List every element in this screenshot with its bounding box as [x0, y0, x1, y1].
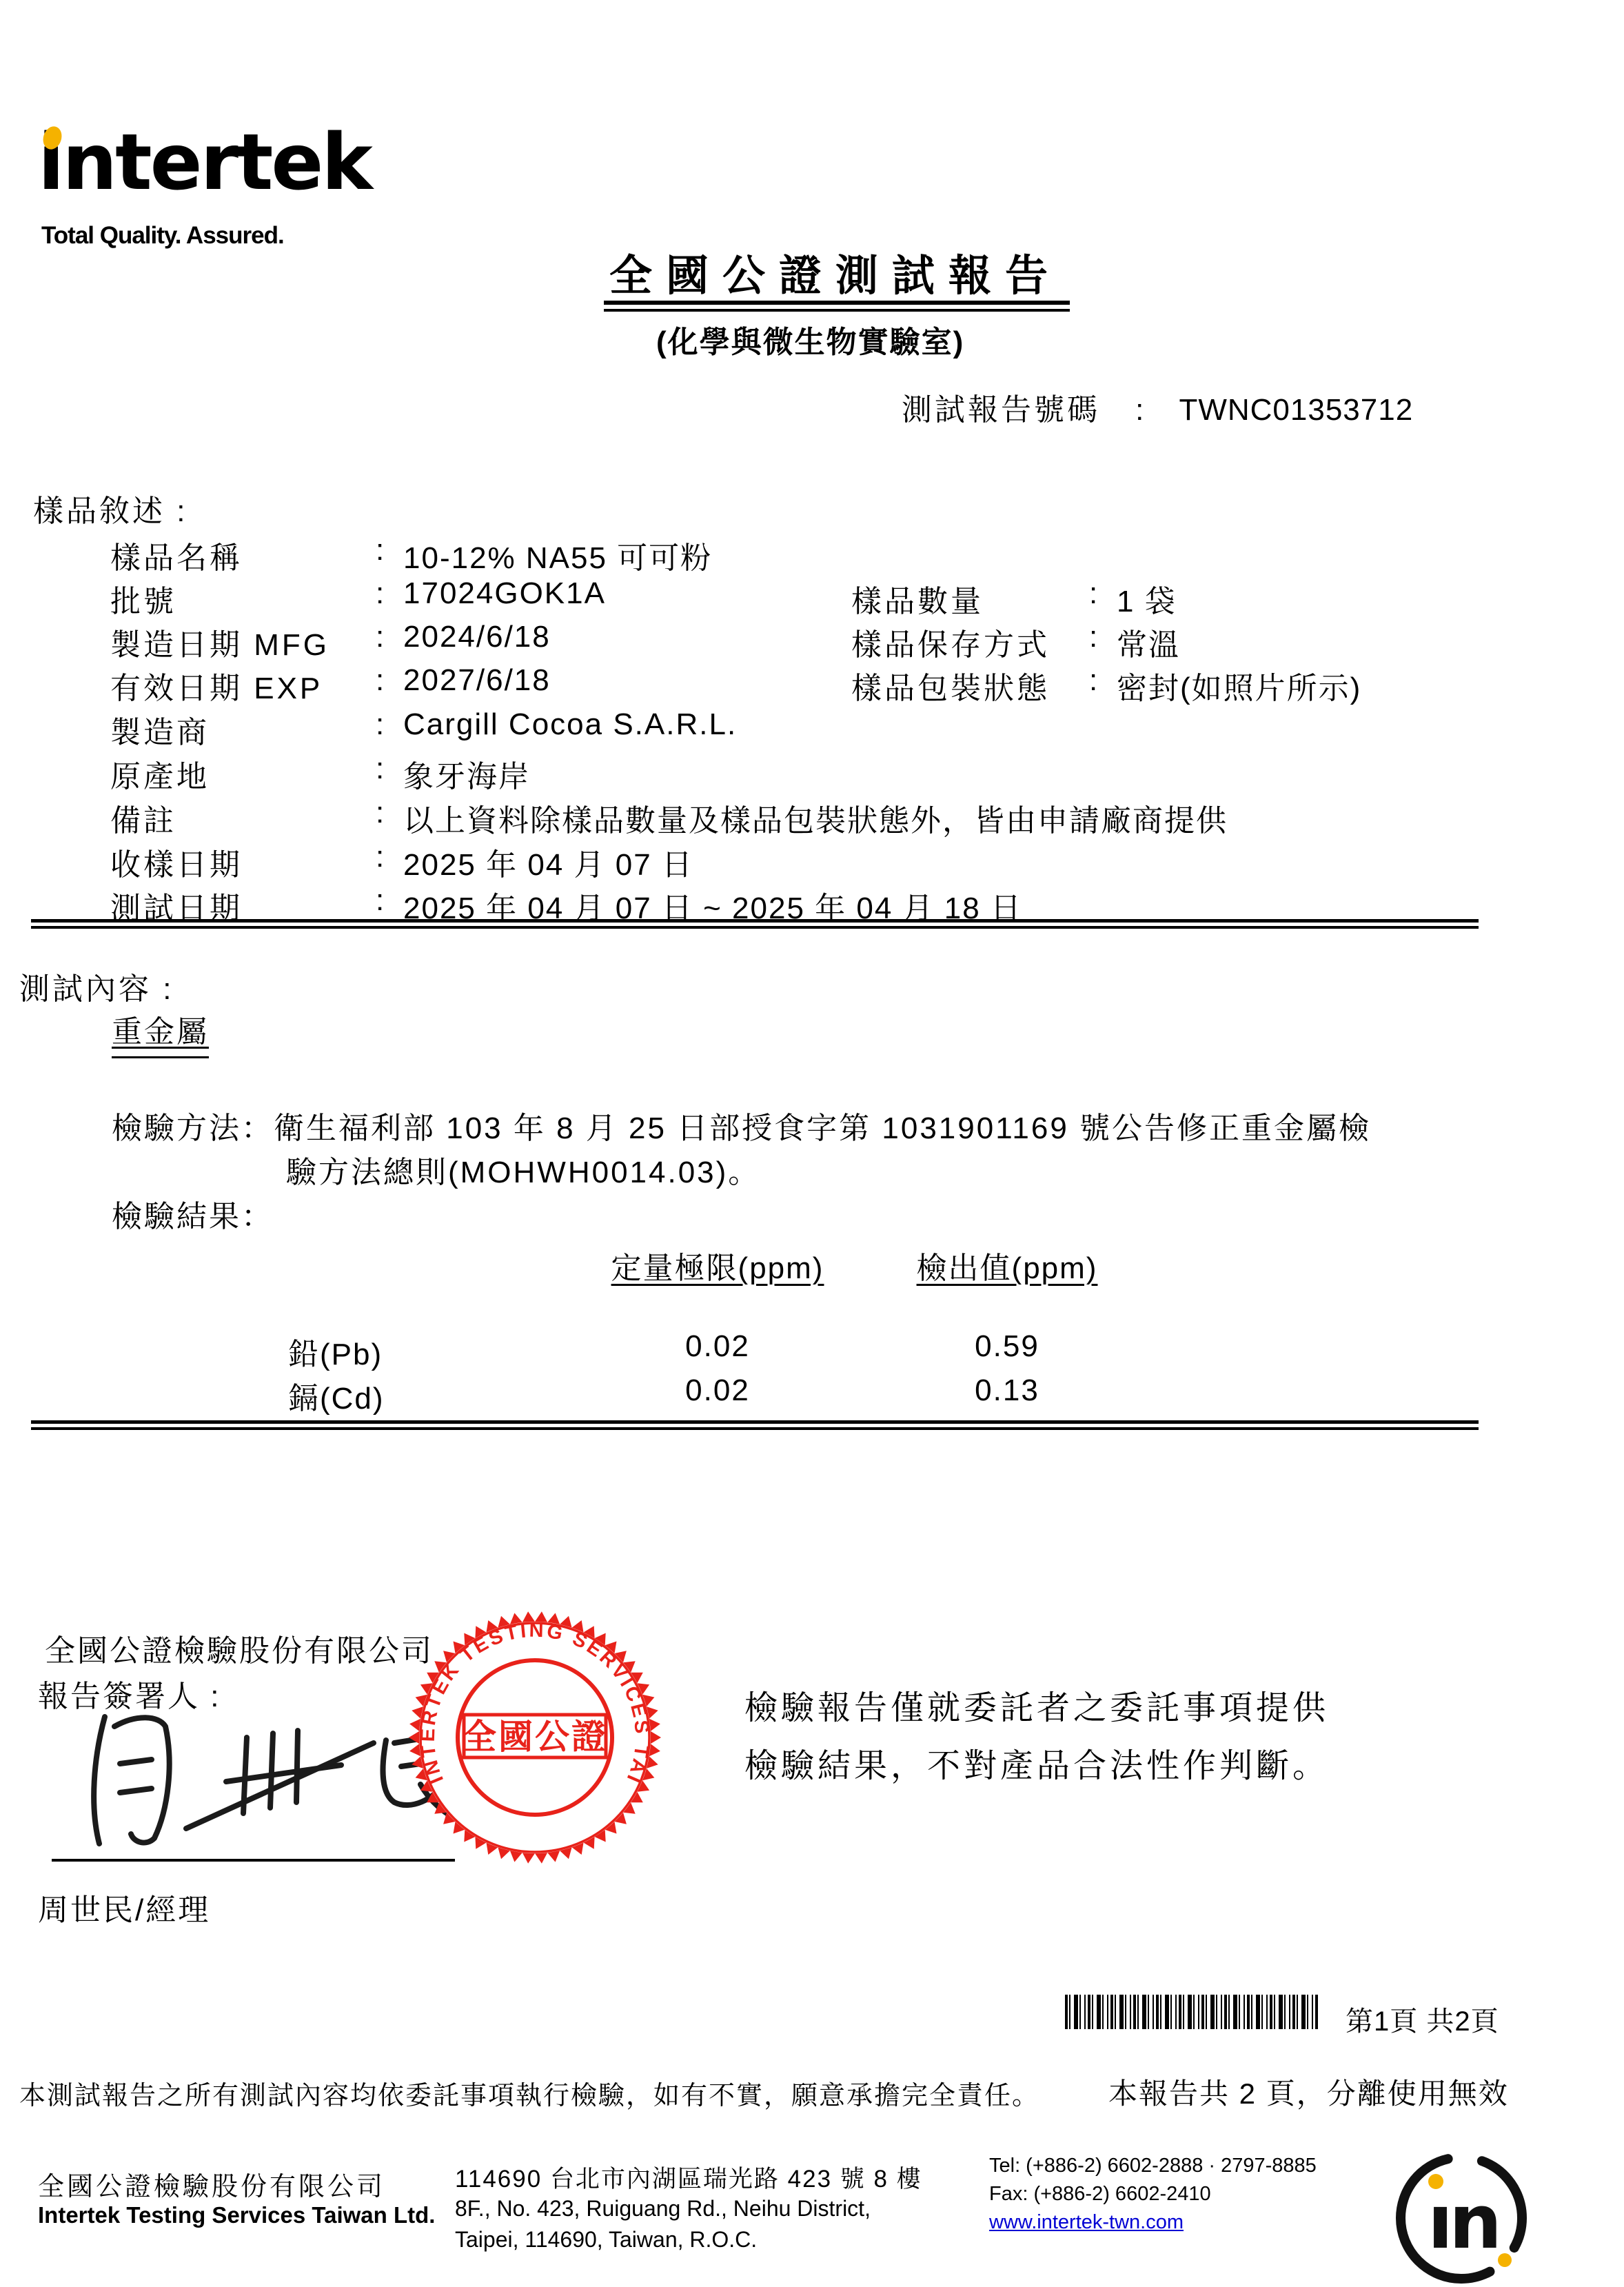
- stamp-center-text: 全國公證: [462, 1717, 608, 1756]
- field-value: 常溫: [1117, 620, 1180, 664]
- statement-left: 本測試報告之所有測試內容均依委託事項執行檢驗，如有不實，願意承擔完全責任。: [19, 2074, 1039, 2112]
- field-colon: :: [376, 707, 403, 752]
- footer-company-en: Intertek Testing Services Taiwan Ltd.: [38, 2202, 435, 2228]
- field-value: 2025 年 04 月 07 日: [403, 840, 693, 884]
- footer-address-en2: Taipei, 114690, Taiwan, R.O.C.: [455, 2227, 757, 2253]
- sample-section-title: 樣品敘述 :: [33, 486, 187, 530]
- field-colon: :: [376, 840, 403, 884]
- field-colon: :: [376, 576, 403, 621]
- field-label: 樣品數量: [851, 576, 1089, 621]
- method-text1: 衛生福利部 103 年 8 月 25 日部授食字第 1031901169 號公告…: [274, 1111, 1371, 1145]
- field-colon: :: [376, 620, 403, 664]
- table-header-detected: 檢出值(ppm): [904, 1243, 1110, 1287]
- sample-row-received-date: 收樣日期 : 2025 年 04 月 07 日: [110, 840, 693, 884]
- stamp-disclaimer-line1: 檢驗報告僅就委託者之委託事項提供: [744, 1681, 1329, 1729]
- field-colon: :: [376, 663, 403, 707]
- field-colon: :: [376, 533, 403, 577]
- page-subtitle: (化學與微生物實驗室): [656, 317, 964, 361]
- sample-row-mfg-date: 製造日期 MFG : 2024/6/18: [110, 620, 551, 664]
- footer-website-link[interactable]: www.intertek-twn.com: [989, 2211, 1184, 2234]
- svg-text:ın: ın: [1428, 2179, 1498, 2266]
- sample-row-quantity: 樣品數量 : 1 袋: [851, 576, 1177, 621]
- field-colon: :: [376, 752, 403, 796]
- table-header-loq: 定量極限(ppm): [600, 1243, 835, 1287]
- field-value: 象牙海岸: [403, 752, 530, 796]
- company-stamp: INTERTEK TESTING SERVICES TAIWAN LTD. 全國…: [407, 1610, 662, 1865]
- statement-right: 本報告共 2 頁，分離使用無效: [1108, 2071, 1509, 2113]
- footer-company-zh: 全國公證檢驗股份有限公司: [38, 2165, 385, 2203]
- report-number-value: TWNC01353712: [1179, 393, 1413, 427]
- section-divider-top: [31, 919, 1479, 929]
- result-label: 檢驗結果：: [112, 1191, 274, 1236]
- report-number-label: 測試報告號碼: [902, 393, 1100, 427]
- field-label: 製造日期 MFG: [110, 620, 376, 664]
- field-label: 樣品名稱: [110, 533, 376, 577]
- sample-row-origin: 原產地 : 象牙海岸: [110, 752, 530, 796]
- sample-row-batch: 批號 : 17024GOK1A: [110, 576, 606, 621]
- footer-address-en1: 8F., No. 423, Ruiguang Rd., Neihu Distri…: [455, 2196, 871, 2221]
- report-number-row: 測試報告號碼 : TWNC01353712: [902, 385, 1413, 429]
- page-title: 全國公證測試報告: [609, 241, 1062, 303]
- field-label: 備註: [110, 796, 376, 840]
- stamp-disclaimer-line2: 檢驗結果，不對產品合法性作判斷。: [744, 1739, 1329, 1786]
- method-line2: 驗方法總則(MOHWH0014.03)。: [286, 1147, 760, 1191]
- method-label: 檢驗方法：: [112, 1111, 274, 1145]
- table-row-detected: 0.13: [904, 1373, 1110, 1408]
- intertek-logo: intertek: [38, 124, 371, 201]
- issuing-company: 全國公證檢驗股份有限公司: [45, 1626, 434, 1670]
- sample-row-name: 樣品名稱 : 10-12% NA55 可可粉: [110, 533, 712, 577]
- field-colon: :: [376, 796, 403, 840]
- intertek-wordmark: intertek: [38, 124, 371, 201]
- title-underline: [604, 301, 1070, 312]
- field-label: 有效日期 EXP: [110, 663, 376, 707]
- table-row-item: 鎘(Cd): [288, 1373, 385, 1418]
- field-label: 原產地: [110, 752, 376, 796]
- field-value: 2024/6/18: [403, 620, 551, 664]
- sample-row-exp-date: 有效日期 EXP : 2027/6/18: [110, 663, 551, 707]
- logo-tagline: Total Quality. Assured.: [41, 222, 284, 250]
- method-line1: 檢驗方法：衛生福利部 103 年 8 月 25 日部授食字第 103190116…: [112, 1103, 1371, 1147]
- footer-fax: Fax: (+886-2) 6602-2410: [989, 2183, 1211, 2206]
- field-value: 1 袋: [1117, 576, 1177, 621]
- field-value: 密封(如照片所示): [1117, 663, 1361, 707]
- sample-row-storage: 樣品保存方式 : 常溫: [851, 620, 1180, 664]
- field-label: 批號: [110, 576, 376, 621]
- test-section-title: 測試內容 :: [19, 964, 174, 1008]
- field-label: 收樣日期: [110, 840, 376, 884]
- footer-address-zh: 114690 台北市內湖區瑞光路 423 號 8 樓: [455, 2160, 922, 2195]
- sample-row-packing: 樣品包裝狀態 : 密封(如照片所示): [851, 663, 1361, 707]
- field-colon: :: [1089, 576, 1117, 621]
- signature-line: [52, 1859, 455, 1862]
- sample-row-remark: 備註 : 以上資料除樣品數量及樣品包裝狀態外，皆由申請廠商提供: [110, 796, 1228, 840]
- field-value: Cargill Cocoa S.A.R.L.: [403, 707, 737, 752]
- sample-row-manufacturer: 製造商 : Cargill Cocoa S.A.R.L.: [110, 707, 737, 752]
- report-page: intertek Total Quality. Assured. 全國公證測試報…: [0, 0, 1624, 2287]
- field-label: 製造商: [110, 707, 376, 752]
- signer-name-title: 周世民/經理: [38, 1885, 210, 1929]
- page-info: 第1頁 共2頁: [1346, 1999, 1499, 2039]
- field-label: 樣品包裝狀態: [851, 663, 1089, 707]
- intertek-roundel-icon: ın: [1389, 2146, 1534, 2287]
- report-barcode: [1065, 1995, 1319, 2029]
- table-row-loq: 0.02: [614, 1329, 821, 1364]
- section-divider-bottom: [31, 1420, 1479, 1430]
- field-colon: :: [1089, 663, 1117, 707]
- table-row-item: 鉛(Pb): [288, 1329, 383, 1373]
- test-category: 重金屬: [112, 1007, 209, 1058]
- field-colon: :: [1089, 620, 1117, 664]
- field-value: 10-12% NA55 可可粉: [403, 533, 712, 577]
- field-label: 樣品保存方式: [851, 620, 1089, 664]
- field-value: 17024GOK1A: [403, 576, 606, 621]
- table-row-detected: 0.59: [904, 1329, 1110, 1364]
- report-number-colon: :: [1108, 393, 1170, 427]
- field-value: 2027/6/18: [403, 663, 551, 707]
- footer-tel: Tel: (+886-2) 6602-2888 · 2797-8885: [989, 2155, 1317, 2177]
- table-row-loq: 0.02: [614, 1373, 821, 1408]
- field-value: 以上資料除樣品數量及樣品包裝狀態外，皆由申請廠商提供: [403, 796, 1228, 840]
